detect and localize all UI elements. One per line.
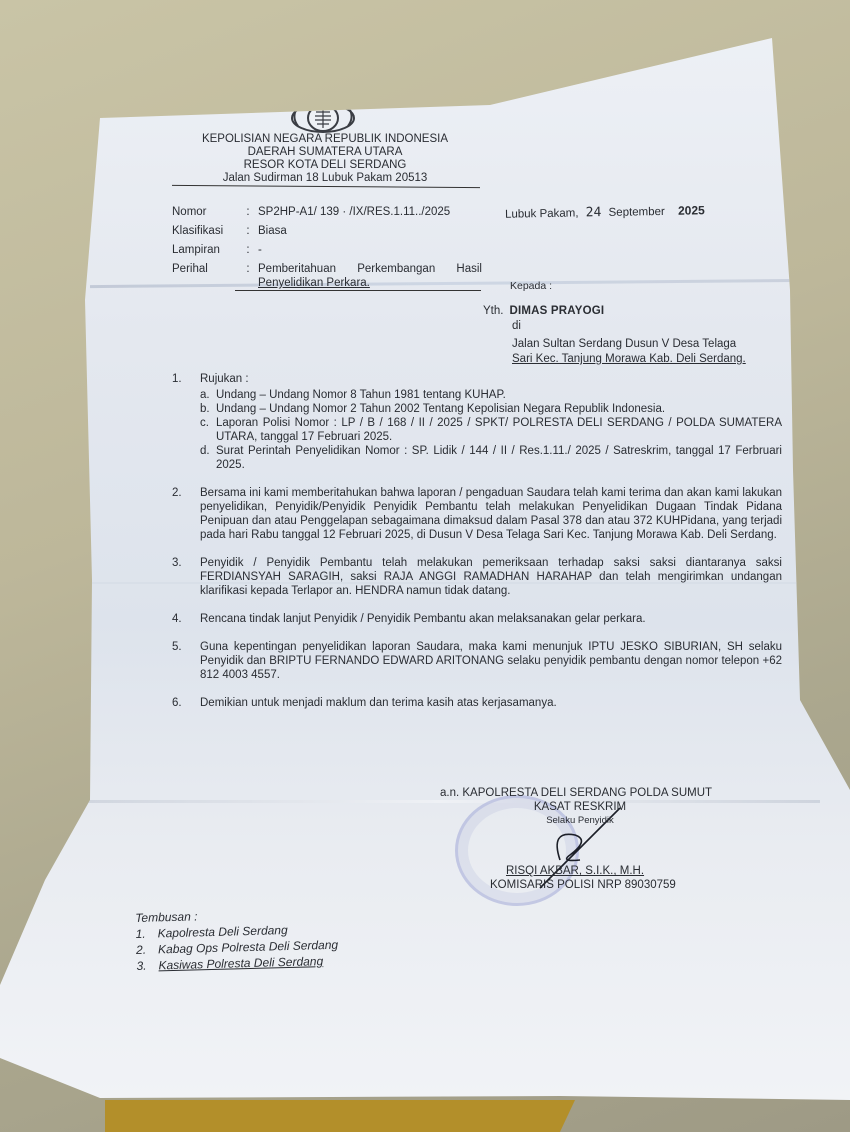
meta-label: Klasifikasi [172, 224, 238, 238]
meta-klasifikasi: Klasifikasi : Biasa [172, 224, 482, 238]
reference-item: b. Undang – Undang Nomor 2 Tahun 2002 Te… [200, 402, 782, 416]
body-item: 5. Guna kepentingan penyelidikan laporan… [172, 640, 782, 682]
signatory-rank: KOMISARIS POLISI NRP 89030759 [490, 878, 720, 892]
item-text: Demikian untuk menjadi maklum dan terima… [200, 696, 782, 710]
item-text: Rencana tindak lanjut Penyidik / Penyidi… [200, 612, 782, 626]
item-text: Rujukan : [200, 372, 782, 386]
meta-value: Biasa [258, 224, 482, 238]
item-text: Bersama ini kami memberitahukan bahwa la… [200, 486, 782, 542]
item-number: 3. [172, 556, 200, 598]
reference-item: d. Surat Perintah Penyelidikan Nomor : S… [200, 444, 782, 472]
letterhead-divider [172, 185, 480, 188]
letterhead: KEPOLISIAN NEGARA REPUBLIK INDONESIA DAE… [170, 133, 480, 185]
meta-perihal: Perihal : Pemberitahuan Perkembangan Has… [172, 262, 482, 290]
reference-text: Laporan Polisi Nomor : LP / B / 168 / II… [216, 416, 782, 444]
address-line: Jalan Sultan Serdang Dusun V Desa Telaga [512, 337, 774, 352]
meta-value: - [258, 243, 482, 257]
item-text: Guna kepentingan penyelidikan laporan Sa… [200, 640, 782, 682]
body-item: 1. Rujukan : a. Undang – Undang Nomor 8 … [172, 372, 782, 472]
yth-label: Yth. [483, 305, 503, 317]
copy-recipient: Kasiwas Polresta Deli Serdang [158, 953, 323, 973]
address-line: Sari Kec. Tanjung Morawa Kab. Deli Serda… [512, 352, 774, 367]
meta-value: Pemberitahuan Perkembangan Hasil Penyeli… [258, 262, 482, 290]
item-number: 2. [172, 486, 200, 542]
meta-label: Perihal [172, 262, 238, 290]
recipient-line: Yth.DIMAS PRAYOGI [483, 304, 604, 318]
body-item: 2. Bersama ini kami memberitahukan bahwa… [172, 486, 782, 542]
letterhead-address: Jalan Sudirman 18 Lubuk Pakam 20513 [170, 172, 480, 185]
reference-text: Undang – Undang Nomor 2 Tahun 2002 Tenta… [216, 402, 782, 416]
meta-colon: : [238, 262, 258, 290]
place: Lubuk Pakam, [505, 207, 579, 220]
place-date: Lubuk Pakam, 24 September 2025 [505, 203, 705, 221]
item-content: Rujukan : a. Undang – Undang Nomor 8 Tah… [200, 372, 782, 472]
perihal-line: Pemberitahuan Perkembangan Hasil [258, 262, 482, 276]
meta-colon: : [238, 224, 258, 238]
police-crest-icon [288, 90, 358, 134]
signature-on-behalf: a.n. KAPOLRESTA DELI SERDANG POLDA SUMUT [440, 786, 720, 800]
envelope [105, 1100, 575, 1132]
reference-item: a. Undang – Undang Nomor 8 Tahun 1981 te… [200, 388, 782, 402]
meta-colon: : [238, 243, 258, 257]
kepada-label: Kepada : [510, 279, 552, 293]
item-number: 4. [172, 612, 200, 626]
date-day: 24 [586, 205, 602, 220]
copy-number: 1. [135, 925, 157, 942]
meta-nomor: Nomor : SP2HP-A1/ 139 · /IX/RES.1.11../2… [172, 205, 482, 219]
letterhead-unit: RESOR KOTA DELI SERDANG [170, 159, 480, 172]
meta-lampiran: Lampiran : - [172, 243, 482, 257]
signature-title: KASAT RESKRIM [480, 800, 680, 814]
reference-letter: a. [200, 388, 216, 402]
recipient-address: Jalan Sultan Serdang Dusun V Desa Telaga… [512, 337, 774, 367]
copy-number: 2. [136, 941, 158, 958]
meta-label: Nomor [172, 205, 238, 219]
copy-list: Tembusan : 1. Kapolresta Deli Serdang 2.… [135, 905, 339, 974]
signature-capacity: Selaku Penyidik [480, 814, 680, 828]
body-item: 6. Demikian untuk menjadi maklum dan ter… [172, 696, 782, 710]
date-month: September [608, 206, 664, 219]
reference-list: a. Undang – Undang Nomor 8 Tahun 1981 te… [200, 388, 782, 472]
reference-letter: b. [200, 402, 216, 416]
di-label: di [512, 319, 521, 333]
meta-divider [235, 290, 481, 291]
reference-letter: d. [200, 444, 216, 472]
body-item: 4. Rencana tindak lanjut Penyidik / Peny… [172, 612, 782, 626]
item-number: 6. [172, 696, 200, 710]
letterhead-region: DAERAH SUMATERA UTARA [170, 146, 480, 159]
perihal-line: Penyelidikan Perkara. [258, 276, 482, 290]
reference-text: Surat Perintah Penyelidikan Nomor : SP. … [216, 444, 782, 472]
meta-label: Lampiran [172, 243, 238, 257]
item-text: Penyidik / Penyidik Pembantu telah melak… [200, 556, 782, 598]
letter-body: 1. Rujukan : a. Undang – Undang Nomor 8 … [172, 372, 782, 724]
item-number: 1. [172, 372, 200, 472]
signature-block: a.n. KAPOLRESTA DELI SERDANG POLDA SUMUT… [430, 786, 720, 892]
recipient-name: DIMAS PRAYOGI [509, 305, 604, 317]
meta-colon: : [238, 205, 258, 219]
item-number: 5. [172, 640, 200, 682]
reference-text: Undang – Undang Nomor 8 Tahun 1981 tenta… [216, 388, 782, 402]
date-year: 2025 [678, 203, 705, 217]
copy-number: 3. [136, 957, 158, 974]
letter-paper: \ KEPOLISIAN NEGARA REPUBLIK INDONESIA D… [0, 0, 850, 1132]
signatory-name: RISQI AKBAR, S.I.K., M.H. [506, 864, 720, 878]
letterhead-institution: KEPOLISIAN NEGARA REPUBLIK INDONESIA [170, 133, 480, 146]
letter-meta: Nomor : SP2HP-A1/ 139 · /IX/RES.1.11../2… [172, 205, 482, 295]
meta-value: SP2HP-A1/ 139 · /IX/RES.1.11../2025 [258, 205, 482, 219]
reference-item: c. Laporan Polisi Nomor : LP / B / 168 /… [200, 416, 782, 444]
reference-letter: c. [200, 416, 216, 444]
body-item: 3. Penyidik / Penyidik Pembantu telah me… [172, 556, 782, 598]
pen-mark: \ [140, 88, 150, 102]
